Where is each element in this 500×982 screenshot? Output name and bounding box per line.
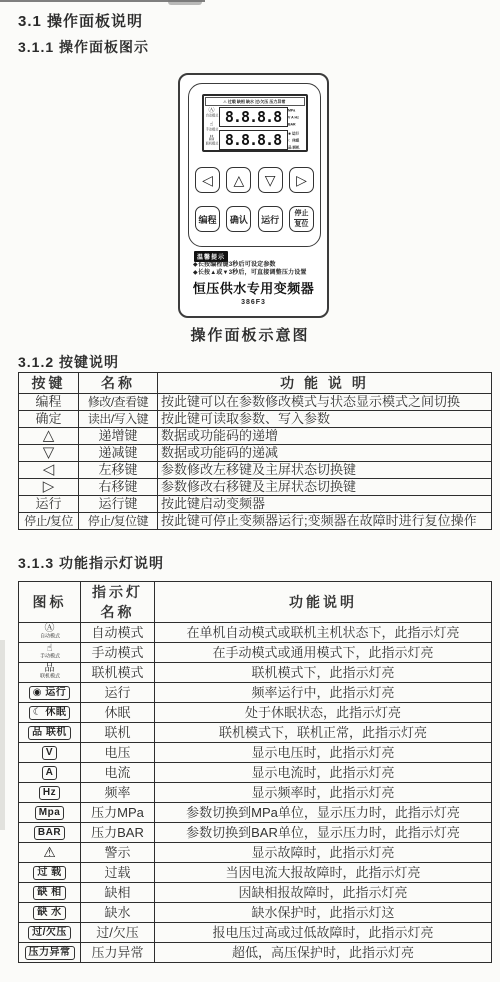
desc-cell: 参数修改左移键及主屏状态切换键 [158, 462, 492, 479]
lcd-digits-top: 8.8.8.8 [219, 107, 288, 127]
column-header: 名称 [79, 373, 158, 394]
online-mode-label: 联机模式 [205, 142, 218, 145]
lcd-fault-row: ⚠ 过载 缺相 缺水 过/欠压 压力异常 [205, 97, 305, 106]
indicator-table-row: 过 载过载当因电流大报故障时，此指示灯亮 [19, 863, 492, 883]
indicator-table-row: Hz频率显示频率时，此指示灯亮 [19, 783, 492, 803]
indicator-desc-cell: 联机模式下，联机正常，此指示灯亮 [155, 723, 492, 743]
indicator-table-row: 缺 水缺水缺水保护时，此指示灯这 [19, 903, 492, 923]
online-mode-lcd-item: 品联机模式 [205, 136, 219, 149]
desc-cell: 数据或功能码的递增 [158, 428, 492, 445]
left-key-icon: ◁ [202, 173, 213, 187]
auto-mode-indicator-label: 自动模式 [40, 634, 60, 639]
icon-cell: Ⓐ自动模式 [19, 623, 81, 643]
name-cell: 右移键 [79, 479, 158, 496]
indicator-table-row: 过/欠压过/欠压报电压过高或过低故障时，此指示灯亮 [19, 923, 492, 943]
up-key: △ [226, 167, 251, 193]
manual-page: 3.1 操作面板说明 3.1.1 操作面板图示 ⚠ 过载 缺相 缺水 过/欠压 … [0, 0, 500, 982]
indicator-table-row: Ⓐ自动模式自动模式在单机自动模式或联机主机状态下，此指示灯亮 [19, 623, 492, 643]
key-label: 确定 [35, 411, 61, 426]
confirm-key: 确认 [226, 206, 251, 232]
desc-cell: 参数修改右移键及主屏状态切换键 [158, 479, 492, 496]
icon-cell: 品 联机 [19, 723, 81, 743]
indicator-desc-cell: 当因电流大报故障时，此指示灯亮 [155, 863, 492, 883]
indicator-name-cell: 运行 [81, 683, 155, 703]
icon-cell: V [19, 743, 81, 763]
indicator-table-row: 品联机模式联机模式联机模式下，此指示灯亮 [19, 663, 492, 683]
key-cell: △ [19, 428, 79, 445]
indicator-desc-cell: 处于休眠状态，此指示灯亮 [155, 703, 492, 723]
down-key-icon: ▽ [265, 173, 276, 187]
indicator-desc-cell: 参数切换到BAR单位，显示压力时，此指示灯亮 [155, 823, 492, 843]
indicator-table-row: V电压显示电压时，此指示灯亮 [19, 743, 492, 763]
phase-loss-indicator-icon: 缺 相 [33, 886, 65, 900]
indicator-name-cell: 压力MPa [81, 803, 155, 823]
key-description-table: 按键名称功 能 说 明 编程修改/查看键按此键可以在参数修改模式与状态显示模式之… [18, 372, 492, 530]
indicator-name-cell: 自动模式 [81, 623, 155, 643]
icon-cell: ◉ 运行 [19, 683, 81, 703]
online-mode-indicator-icon: 品 [45, 664, 55, 674]
auto-mode-lcd-item: Ⓐ自动模式 [205, 108, 219, 121]
indicator-name-cell: 电流 [81, 763, 155, 783]
up-key-icon: △ [233, 173, 244, 187]
online-lcd-status: 品 联机 [288, 146, 297, 150]
indicator-name-cell: 过载 [81, 863, 155, 883]
scan-artifact-streak [0, 640, 5, 830]
key-cell: ▽ [19, 445, 79, 462]
indicator-name-cell: 压力BAR [81, 823, 155, 843]
hand-mode-lcd-item: ☝手动模式 [205, 122, 219, 135]
lcd-row-top: 8.8.8.8 MPaV A HzBAR [219, 107, 305, 127]
stop-reset-key: 停止 复位 [289, 206, 314, 232]
indicator-name-cell: 手动模式 [81, 643, 155, 663]
icon-cell: 品联机模式 [19, 663, 81, 683]
name-cell: 左移键 [79, 462, 158, 479]
lcd-row-bottom: 8.8.8.8 ◉ 运行☾ 休眠品 联机 [219, 130, 305, 150]
name-cell: 运行键 [79, 496, 158, 513]
name-cell: 递增键 [79, 428, 158, 445]
lcd-digits-bottom: 8.8.8.8 [219, 130, 288, 150]
frequency-indicator-icon: Hz [39, 786, 60, 800]
column-header: 功 能 说 明 [158, 373, 492, 394]
icon-cell: 过/欠压 [19, 923, 81, 943]
desc-cell: 数据或功能码的递减 [158, 445, 492, 462]
header-row: 按键名称功 能 说 明 [19, 373, 492, 394]
auto-mode-icon: Ⓐ [208, 108, 214, 114]
indicator-table-row: ⚠警示显示故障时，此指示灯亮 [19, 843, 492, 863]
key-cell: 运行 [19, 496, 79, 513]
key-cell: 编程 [19, 394, 79, 411]
icon-cell: Mpa [19, 803, 81, 823]
lcd-unit-label: BAR [288, 123, 297, 127]
tip-lines: ◆长按编程键3秒后可设定参数◆长按▲或▼3秒后，可直接调整压力设置 [193, 261, 323, 277]
sleep-lcd-status: ☾ 休眠 [288, 139, 297, 143]
bar-indicator-icon: BAR [34, 826, 65, 840]
desc-cell: 按此键可读取参数、写入参数 [158, 411, 492, 428]
lcd-digit-rows: 8.8.8.8 MPaV A HzBAR 8.8.8.8 ◉ 运行☾ 休眠品 联… [219, 107, 305, 150]
figure-caption: 操作面板示意图 [0, 324, 500, 345]
indicator-table-row: ☝手动模式手动模式在手动模式或通用模式下，此指示灯亮 [19, 643, 492, 663]
key-table-row: ▽递减键数据或功能码的递减 [19, 445, 492, 462]
tip-line-1: ◆长按编程键3秒后可设定参数 [193, 261, 323, 269]
operation-panel-illustration: ⚠ 过载 缺相 缺水 过/欠压 压力异常 Ⓐ自动模式☝手动模式品联机模式 8.8… [178, 73, 329, 318]
panel-face: ⚠ 过载 缺相 缺水 过/欠压 压力异常 Ⓐ自动模式☝手动模式品联机模式 8.8… [188, 83, 321, 247]
mpa-indicator-icon: Mpa [35, 806, 65, 820]
name-cell: 读出/写入键 [79, 411, 158, 428]
lcd-fault-labels: ⚠ 过载 缺相 缺水 过/欠压 压力异常 [223, 99, 285, 105]
indicator-desc-cell: 缺水保护时，此指示灯这 [155, 903, 492, 923]
key-triangle-icon: ▷ [43, 478, 55, 495]
indicator-table-row: 缺 相缺相因缺相报故障时，此指示灯亮 [19, 883, 492, 903]
indicator-desc-cell: 报电压过高或过低故障时，此指示灯亮 [155, 923, 492, 943]
indicator-table-row: 压力异常压力异常超低，高压保护时，此指示灯亮 [19, 943, 492, 963]
key-label: 编程 [35, 394, 61, 409]
sleep-indicator-icon: ☾ 休眠 [29, 706, 71, 720]
indicator-name-cell: 联机 [81, 723, 155, 743]
indicator-name-cell: 联机模式 [81, 663, 155, 683]
key-cell: ◁ [19, 462, 79, 479]
key-table-row: 确定读出/写入键按此键可读取参数、写入参数 [19, 411, 492, 428]
lcd-display: ⚠ 过载 缺相 缺水 过/欠压 压力异常 Ⓐ自动模式☝手动模式品联机模式 8.8… [202, 94, 308, 152]
section-3-1-1-heading: 3.1.1 操作面板图示 [18, 37, 149, 57]
indicator-name-cell: 警示 [81, 843, 155, 863]
lcd-unit-label: V A Hz [288, 116, 297, 120]
section-3-1-3-heading: 3.1.3 功能指示灯说明 [18, 553, 164, 573]
icon-cell: 缺 相 [19, 883, 81, 903]
indicator-desc-cell: 参数切换到MPa单位，显示压力时，此指示灯亮 [155, 803, 492, 823]
right-key-icon: ▷ [296, 173, 307, 187]
indicator-desc-cell: 频率运行中，此指示灯亮 [155, 683, 492, 703]
name-cell: 停止/复位键 [79, 513, 158, 530]
key-cell: 确定 [19, 411, 79, 428]
program-key: 编程 [195, 206, 220, 232]
key-triangle-icon: ▽ [43, 444, 55, 461]
key-table-row: 编程修改/查看键按此键可以在参数修改模式与状态显示模式之间切换 [19, 394, 492, 411]
desc-cell: 按此键可以在参数修改模式与状态显示模式之间切换 [158, 394, 492, 411]
key-cell: 停止/复位 [19, 513, 79, 530]
hand-mode-indicator-icon: ☝ [46, 644, 52, 654]
indicator-desc-cell: 显示频率时，此指示灯亮 [155, 783, 492, 803]
column-header: 功能说明 [155, 582, 492, 623]
run-lcd-status: ◉ 运行 [288, 132, 297, 136]
icon-cell: 过 载 [19, 863, 81, 883]
tip-line-2: ◆长按▲或▼3秒后，可直接调整压力设置 [193, 269, 323, 277]
column-header: 指示灯名称 [81, 582, 155, 623]
column-header: 按键 [19, 373, 79, 394]
lcd-unit-column-top: MPaV A HzBAR [288, 107, 305, 127]
name-cell: 递减键 [79, 445, 158, 462]
auto-mode-indicator: Ⓐ自动模式 [34, 624, 66, 642]
icon-cell: ☝手动模式 [19, 643, 81, 663]
overload-indicator-icon: 过 载 [33, 866, 65, 880]
indicator-desc-cell: 联机模式下，此指示灯亮 [155, 663, 492, 683]
warning-indicator-icon: ⚠ [43, 844, 56, 860]
key-table-row: ▷右移键参数修改右移键及主屏状态切换键 [19, 479, 492, 496]
run-key: 运行 [258, 206, 283, 232]
device-brand-title: 恒压供水专用变频器 [180, 278, 327, 297]
indicator-description-table: 图标指示灯名称功能说明 Ⓐ自动模式自动模式在单机自动模式或联机主机状态下，此指示… [18, 581, 492, 963]
indicator-name-cell: 电压 [81, 743, 155, 763]
left-key: ◁ [195, 167, 220, 193]
indicator-desc-cell: 在手动模式或通用模式下，此指示灯亮 [155, 643, 492, 663]
current-indicator-icon: A [42, 766, 58, 780]
icon-cell: ⚠ [19, 843, 81, 863]
indicator-table-row: 品 联机联机联机模式下，联机正常，此指示灯亮 [19, 723, 492, 743]
over-under-voltage-indicator-icon: 过/欠压 [28, 926, 71, 940]
function-key-row: 编程确认运行 停止 复位 [189, 206, 320, 232]
indicator-name-cell: 频率 [81, 783, 155, 803]
key-triangle-icon: △ [43, 427, 55, 444]
lcd-status-column-bottom: ◉ 运行☾ 休眠品 联机 [288, 130, 305, 150]
header-row: 图标指示灯名称功能说明 [19, 582, 492, 623]
icon-cell: ☾ 休眠 [19, 703, 81, 723]
indicator-desc-cell: 在单机自动模式或联机主机状态下，此指示灯亮 [155, 623, 492, 643]
hand-mode-label: 手动模式 [205, 128, 218, 131]
key-label: 运行 [35, 496, 61, 511]
indicator-name-cell: 休眠 [81, 703, 155, 723]
online-indicator-icon: 品 联机 [28, 726, 71, 740]
indicator-name-cell: 压力异常 [81, 943, 155, 963]
key-table-row: 停止/复位停止/复位键按此键可停止变频器运行;变频器在故障时进行复位操作 [19, 513, 492, 530]
lcd-main-area: Ⓐ自动模式☝手动模式品联机模式 8.8.8.8 MPaV A HzBAR 8.8… [205, 107, 305, 150]
indicator-table-row: Mpa压力MPa参数切换到MPa单位，显示压力时，此指示灯亮 [19, 803, 492, 823]
icon-cell: A [19, 763, 81, 783]
key-triangle-icon: ◁ [43, 461, 55, 478]
lcd-unit-label: MPa [288, 109, 297, 113]
key-table-row: ◁左移键参数修改左移键及主屏状态切换键 [19, 462, 492, 479]
stop-key-line1: 停止 [294, 209, 308, 218]
indicator-desc-cell: 显示电流时，此指示灯亮 [155, 763, 492, 783]
device-model-number: 386F3 [180, 299, 327, 306]
desc-cell: 按此键可停止变频器运行;变频器在故障时进行复位操作 [158, 513, 492, 530]
indicator-table-row: ◉ 运行运行频率运行中，此指示灯亮 [19, 683, 492, 703]
indicator-desc-cell: 显示故障时，此指示灯亮 [155, 843, 492, 863]
pressure-abnormal-indicator-icon: 压力异常 [25, 946, 75, 960]
section-3-1-2-heading: 3.1.2 按键说明 [18, 352, 119, 372]
indicator-name-cell: 缺相 [81, 883, 155, 903]
indicator-name-cell: 缺水 [81, 903, 155, 923]
name-cell: 修改/查看键 [79, 394, 158, 411]
voltage-indicator-icon: V [42, 746, 57, 760]
column-header: 图标 [19, 582, 81, 623]
indicator-table-row: BAR压力BAR参数切换到BAR单位，显示压力时，此指示灯亮 [19, 823, 492, 843]
key-cell: ▷ [19, 479, 79, 496]
indicator-desc-cell: 显示电压时，此指示灯亮 [155, 743, 492, 763]
run-indicator-icon: ◉ 运行 [29, 686, 71, 700]
icon-cell: 压力异常 [19, 943, 81, 963]
indicator-desc-cell: 因缺相报故障时，此指示灯亮 [155, 883, 492, 903]
scan-artifact-blob [168, 0, 202, 5]
lcd-mode-icon-column: Ⓐ自动模式☝手动模式品联机模式 [205, 107, 219, 150]
section-3-1-heading: 3.1 操作面板说明 [18, 10, 143, 31]
stop-key-line2: 复位 [294, 219, 308, 229]
desc-cell: 按此键启动变频器 [158, 496, 492, 513]
arrow-key-row: ◁△▽▷ [189, 167, 320, 193]
water-shortage-indicator-icon: 缺 水 [33, 906, 65, 920]
down-key: ▽ [258, 167, 283, 193]
hand-mode-indicator: ☝手动模式 [34, 644, 66, 662]
auto-mode-indicator-icon: Ⓐ [45, 624, 55, 634]
indicator-name-cell: 过/欠压 [81, 923, 155, 943]
online-mode-indicator: 品联机模式 [34, 664, 66, 682]
icon-cell: 缺 水 [19, 903, 81, 923]
indicator-table-row: A电流显示电流时，此指示灯亮 [19, 763, 492, 783]
key-table-row: △递增键数据或功能码的递增 [19, 428, 492, 445]
hand-mode-indicator-label: 手动模式 [40, 654, 60, 659]
indicator-desc-cell: 超低，高压保护时，此指示灯亮 [155, 943, 492, 963]
online-mode-indicator-label: 联机模式 [40, 674, 60, 679]
icon-cell: BAR [19, 823, 81, 843]
indicator-table-row: ☾ 休眠休眠处于休眠状态，此指示灯亮 [19, 703, 492, 723]
auto-mode-label: 自动模式 [205, 114, 218, 117]
icon-cell: Hz [19, 783, 81, 803]
key-label: 停止/复位 [24, 514, 73, 528]
right-key: ▷ [289, 167, 314, 193]
key-table-row: 运行运行键按此键启动变频器 [19, 496, 492, 513]
